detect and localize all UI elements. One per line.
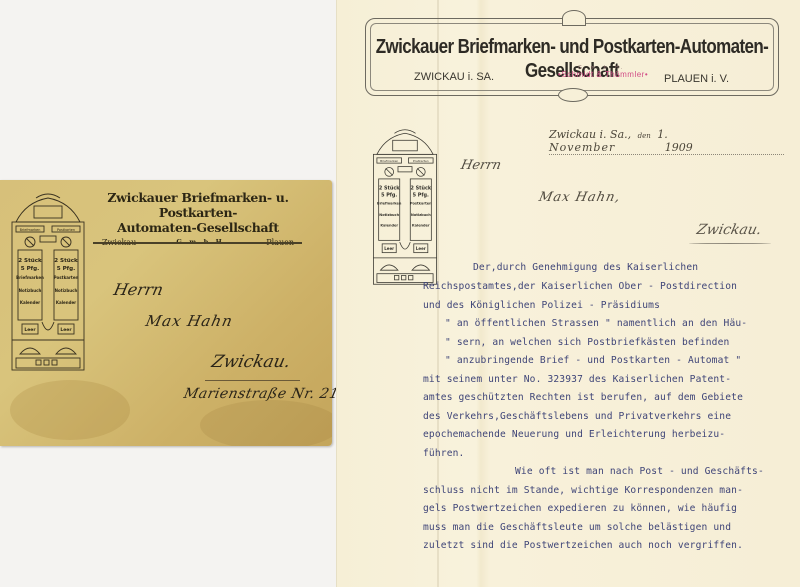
svg-text:2 Stück: 2 Stück — [410, 185, 431, 191]
body-line: amtes geschützten Rechten ist berufen, a… — [423, 392, 743, 403]
body-line: epochemachende Neuerung und Erleichterun… — [423, 429, 725, 440]
body-line: " anzubringende Brief - und Postkarten -… — [445, 355, 741, 366]
date-day: 1. — [657, 128, 668, 141]
body-line: muss man die Geschäftsleute um solche be… — [423, 522, 731, 533]
svg-text:5 Pfg.: 5 Pfg. — [381, 192, 397, 198]
svg-text:2 Stück: 2 Stück — [18, 258, 42, 264]
svg-text:Notizbuch: Notizbuch — [379, 213, 399, 217]
svg-text:Leer: Leer — [24, 327, 36, 333]
svg-text:Kalender: Kalender — [20, 300, 40, 305]
body-line: Reichspostamtes,der Kaiserlichen Ober - … — [423, 281, 737, 292]
svg-text:5 Pfg.: 5 Pfg. — [413, 192, 429, 198]
city-underline — [689, 242, 771, 244]
envelope-recipient-city: Zwickau. — [210, 352, 292, 372]
body-line: gels Postwertzeichen expedieren zu könne… — [423, 503, 737, 514]
letterhead-rule — [93, 242, 302, 244]
date-den: den — [638, 132, 651, 140]
svg-text:2 Stück: 2 Stück — [379, 185, 400, 191]
svg-text:Kalender: Kalender — [56, 300, 76, 305]
svg-text:Briefmarken: Briefmarken — [377, 201, 402, 205]
svg-text:2 Stück: 2 Stück — [54, 258, 78, 264]
svg-text:Postkarten: Postkarten — [57, 228, 75, 232]
stain — [10, 380, 130, 440]
body-line: " sern, an welchen sich Postbriefkästen … — [445, 337, 729, 348]
letter: Zwickauer Briefmarken- und Postkarten-Au… — [336, 0, 800, 587]
company-stamp: •Schmidt & Thümmler• — [558, 70, 648, 79]
ornament-icon — [562, 10, 586, 26]
body-line: führen. — [423, 448, 464, 459]
company-name-line1: Zwickauer Briefmarken- u. Postkarten- — [92, 190, 304, 220]
date-month: November — [549, 141, 615, 154]
date-year: 1909 — [665, 141, 693, 154]
envelope-salutation: Herrn — [112, 280, 165, 299]
envelope-recipient-name: Max Hahn — [144, 312, 235, 330]
svg-text:Kalender: Kalender — [380, 223, 398, 227]
body-line: " an öffentlichen Strassen " namentlich … — [445, 318, 747, 329]
svg-text:Notizbuch: Notizbuch — [19, 288, 42, 293]
city-underline — [205, 380, 300, 381]
svg-text:Postkarten: Postkarten — [413, 159, 429, 163]
vending-machine-illustration: 2 Stück 5 Pfg. Briefmarken Notizbuch Kal… — [6, 192, 90, 372]
svg-text:Postkarten: Postkarten — [54, 275, 79, 280]
company-name-line2: Automaten-Gesellschaft — [92, 220, 304, 235]
svg-text:Postkarten: Postkarten — [410, 201, 432, 205]
svg-text:5 Pfg.: 5 Pfg. — [21, 266, 40, 272]
svg-text:Notizbuch: Notizbuch — [411, 213, 431, 217]
letter-salutation: Herrn — [459, 158, 502, 173]
body-line: Wie oft ist man nach Post - und Geschäft… — [515, 466, 764, 477]
svg-text:Leer: Leer — [384, 246, 394, 251]
date-place: Zwickau i. Sa., — [549, 128, 631, 141]
envelope-recipient-street: Marienstraße Nr. 21. — [182, 386, 345, 402]
svg-text:5 Pfg.: 5 Pfg. — [57, 266, 76, 272]
svg-text:Leer: Leer — [416, 246, 426, 251]
letterhead-city-right: PLAUEN i. V. — [664, 73, 729, 85]
body-line: zuletzt sind die Postwertzeichen auch no… — [423, 540, 743, 551]
svg-text:Briefmarken: Briefmarken — [16, 275, 44, 280]
svg-text:Leer: Leer — [60, 327, 72, 333]
body-line: des Verkehrs,Geschäftslebens und Privatv… — [423, 411, 731, 422]
svg-text:Kalender: Kalender — [412, 223, 430, 227]
letter-recipient-name: Max Hahn, — [537, 190, 622, 205]
svg-text:Briefmarken: Briefmarken — [380, 159, 398, 163]
body-line: schluss nicht im Stande, wichtige Korres… — [423, 485, 743, 496]
vending-machine-illustration: 2 Stück 5 Pfg. Briefmarken Notizbuch Kal… — [367, 128, 443, 286]
svg-text:Notizbuch: Notizbuch — [55, 288, 78, 293]
svg-text:Briefmarken: Briefmarken — [20, 228, 41, 232]
ornament-icon — [558, 88, 588, 102]
dateline: Zwickau i. Sa., den 1. November 1909 — [549, 128, 784, 155]
body-line: Der,durch Genehmigung des Kaiserlichen — [473, 262, 698, 273]
body-line: und des Königlichen Polizei - Präsidiums — [423, 300, 660, 311]
stain — [200, 400, 332, 446]
letterhead-frame: Zwickauer Briefmarken- und Postkarten-Au… — [365, 18, 779, 96]
letter-recipient-city: Zwickau. — [695, 222, 763, 238]
envelope-letterhead: Zwickauer Briefmarken- u. Postkarten- Au… — [92, 190, 304, 247]
body-line: mit seinem unter No. 323937 des Kaiserli… — [423, 374, 731, 385]
letterhead-city-left: ZWICKAU i. SA. — [414, 71, 494, 83]
